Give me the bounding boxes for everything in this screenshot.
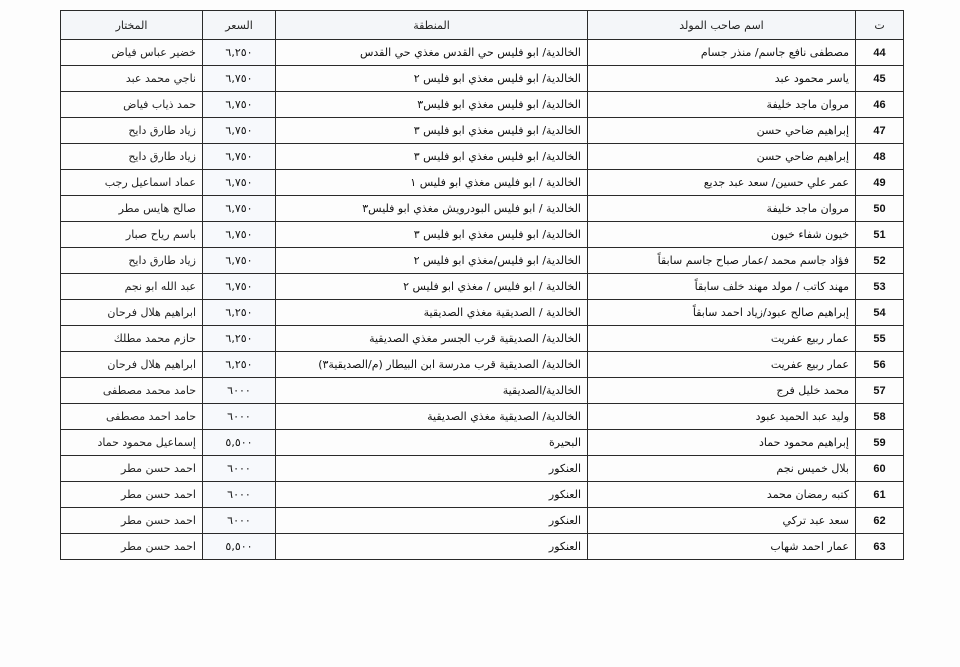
- owner-name-cell: وليد عبد الحميد عبود: [588, 404, 856, 430]
- row-number: 47: [856, 118, 904, 144]
- table-header-row: ت اسم صاحب المولد المنطقة السعر المختار: [61, 11, 904, 40]
- mukhtar-cell: احمد حسن مطر: [61, 456, 203, 482]
- area-cell: العنكور: [276, 456, 588, 482]
- price-cell: ٦,٢٥٠: [203, 300, 276, 326]
- owner-name-cell: إبراهيم ضاحي حسن: [588, 144, 856, 170]
- mukhtar-cell: زياد طارق دايح: [61, 118, 203, 144]
- mukhtar-cell: ابراهيم هلال فرحان: [61, 300, 203, 326]
- header-price: السعر: [203, 11, 276, 40]
- owner-name-cell: عمار ربيع عفريت: [588, 352, 856, 378]
- table-row: 46مروان ماجد خليفةالخالدية/ ابو فليس مغذ…: [61, 92, 904, 118]
- row-number: 63: [856, 534, 904, 560]
- price-cell: ٦,٧٥٠: [203, 248, 276, 274]
- row-number: 44: [856, 40, 904, 66]
- price-cell: ٦,٧٥٠: [203, 118, 276, 144]
- table-row: 54إبراهيم صالح عبود/زياد احمد سابقاًالخا…: [61, 300, 904, 326]
- table-row: 59إبراهيم محمود حمادالبحيرة٥,٥٠٠إسماعيل …: [61, 430, 904, 456]
- mukhtar-cell: باسم رياح صبار: [61, 222, 203, 248]
- owner-name-cell: خيون شفاء خيون: [588, 222, 856, 248]
- row-number: 56: [856, 352, 904, 378]
- price-cell: ٦٠٠٠: [203, 508, 276, 534]
- mukhtar-cell: حمد ذياب فياض: [61, 92, 203, 118]
- area-cell: العنكور: [276, 482, 588, 508]
- mukhtar-cell: احمد حسن مطر: [61, 534, 203, 560]
- price-cell: ٦,٧٥٠: [203, 92, 276, 118]
- area-cell: الخالدية/ ابو فليس مغذي ابو فليس٣: [276, 92, 588, 118]
- area-cell: الخالدية/ ابو فليس/مغذي ابو فليس ٢: [276, 248, 588, 274]
- table-row: 50مروان ماجد خليفةالخالدية / ابو فليس ال…: [61, 196, 904, 222]
- table-row: 48إبراهيم ضاحي حسنالخالدية/ ابو فليس مغذ…: [61, 144, 904, 170]
- row-number: 58: [856, 404, 904, 430]
- row-number: 55: [856, 326, 904, 352]
- area-cell: الخالدية / ابو فليس / مغذي ابو فليس ٢: [276, 274, 588, 300]
- mukhtar-cell: زياد طارق دايح: [61, 248, 203, 274]
- mukhtar-cell: زياد طارق دايح: [61, 144, 203, 170]
- mukhtar-cell: حامد محمد مصطفى: [61, 378, 203, 404]
- price-cell: ٦,٧٥٠: [203, 196, 276, 222]
- owner-name-cell: سعد عبد تركي: [588, 508, 856, 534]
- mukhtar-cell: حامد احمد مصطفى: [61, 404, 203, 430]
- price-cell: ٦,٧٥٠: [203, 144, 276, 170]
- mukhtar-cell: خضير عباس فياض: [61, 40, 203, 66]
- owner-name-cell: عمر علي حسين/ سعد عبد جديع: [588, 170, 856, 196]
- price-cell: ٦٠٠٠: [203, 456, 276, 482]
- row-number: 53: [856, 274, 904, 300]
- owner-name-cell: إبراهيم محمود حماد: [588, 430, 856, 456]
- owner-name-cell: فؤاد جاسم محمد /عمار صباح جاسم سابقاً: [588, 248, 856, 274]
- row-number: 52: [856, 248, 904, 274]
- mukhtar-cell: احمد حسن مطر: [61, 508, 203, 534]
- price-cell: ٦,٢٥٠: [203, 352, 276, 378]
- header-number: ت: [856, 11, 904, 40]
- area-cell: الخالدية/ الصديقية مغذي الصديقية: [276, 404, 588, 430]
- row-number: 51: [856, 222, 904, 248]
- owner-name-cell: إبراهيم ضاحي حسن: [588, 118, 856, 144]
- price-cell: ٦,٧٥٠: [203, 274, 276, 300]
- row-number: 60: [856, 456, 904, 482]
- generator-roster-table: ت اسم صاحب المولد المنطقة السعر المختار …: [60, 10, 904, 560]
- row-number: 54: [856, 300, 904, 326]
- owner-name-cell: مروان ماجد خليفة: [588, 92, 856, 118]
- owner-name-cell: محمد خليل فرج: [588, 378, 856, 404]
- mukhtar-cell: إسماعيل محمود حماد: [61, 430, 203, 456]
- owner-name-cell: مصطفى نافع جاسم/ منذر جسام: [588, 40, 856, 66]
- document-page: ت اسم صاحب المولد المنطقة السعر المختار …: [0, 0, 960, 667]
- area-cell: الخالدية/ ابو فليس مغذي ابو فليس ٣: [276, 144, 588, 170]
- table-row: 56عمار ربيع عفريتالخالدية/ الصديقية قرب …: [61, 352, 904, 378]
- row-number: 61: [856, 482, 904, 508]
- table-row: 60بلال خميس نجمالعنكور٦٠٠٠احمد حسن مطر: [61, 456, 904, 482]
- row-number: 57: [856, 378, 904, 404]
- area-cell: الخالدية / ابو فليس مغذي ابو فليس ١: [276, 170, 588, 196]
- price-cell: ٦,٧٥٠: [203, 222, 276, 248]
- table-row: 57محمد خليل فرجالخالدية/الصديقية٦٠٠٠حامد…: [61, 378, 904, 404]
- area-cell: البحيرة: [276, 430, 588, 456]
- area-cell: الخالدية/ ابو فليس مغذي ابو فليس ٣: [276, 222, 588, 248]
- owner-name-cell: كتبه رمضان محمد: [588, 482, 856, 508]
- header-owner-name: اسم صاحب المولد: [588, 11, 856, 40]
- price-cell: ٦,٧٥٠: [203, 66, 276, 92]
- row-number: 59: [856, 430, 904, 456]
- row-number: 46: [856, 92, 904, 118]
- area-cell: الخالدية/الصديقية: [276, 378, 588, 404]
- mukhtar-cell: ابراهيم هلال فرحان: [61, 352, 203, 378]
- table-row: 45ياسر محمود عبدالخالدية/ ابو فليس مغذي …: [61, 66, 904, 92]
- area-cell: الخالدية/ ابو فليس مغذي ابو فليس ٢: [276, 66, 588, 92]
- table-row: 53مهند كاتب / مولد مهند خلف سابقاًالخالد…: [61, 274, 904, 300]
- table-row: 47إبراهيم ضاحي حسنالخالدية/ ابو فليس مغذ…: [61, 118, 904, 144]
- header-mukhtar: المختار: [61, 11, 203, 40]
- mukhtar-cell: ناجي محمد عبد: [61, 66, 203, 92]
- row-number: 50: [856, 196, 904, 222]
- mukhtar-cell: حازم محمد مطلك: [61, 326, 203, 352]
- price-cell: ٦,٧٥٠: [203, 170, 276, 196]
- owner-name-cell: ياسر محمود عبد: [588, 66, 856, 92]
- price-cell: ٦٠٠٠: [203, 482, 276, 508]
- owner-name-cell: بلال خميس نجم: [588, 456, 856, 482]
- table-row: 58وليد عبد الحميد عبودالخالدية/ الصديقية…: [61, 404, 904, 430]
- table-row: 49عمر علي حسين/ سعد عبد جديعالخالدية / ا…: [61, 170, 904, 196]
- area-cell: الخالدية/ الصديقية قرب الجسر مغذي الصديق…: [276, 326, 588, 352]
- table-row: 44مصطفى نافع جاسم/ منذر جسامالخالدية/ اب…: [61, 40, 904, 66]
- price-cell: ٦,٢٥٠: [203, 40, 276, 66]
- area-cell: العنكور: [276, 534, 588, 560]
- owner-name-cell: مروان ماجد خليفة: [588, 196, 856, 222]
- price-cell: ٦٠٠٠: [203, 404, 276, 430]
- mukhtar-cell: عماد اسماعيل رجب: [61, 170, 203, 196]
- row-number: 48: [856, 144, 904, 170]
- table-row: 52فؤاد جاسم محمد /عمار صباح جاسم سابقاًا…: [61, 248, 904, 274]
- area-cell: الخالدية / الصديقية مغذي الصديقية: [276, 300, 588, 326]
- area-cell: الخالدية/ ابو فليس حي القدس مغذي حي القد…: [276, 40, 588, 66]
- table-row: 51خيون شفاء خيونالخالدية/ ابو فليس مغذي …: [61, 222, 904, 248]
- mukhtar-cell: احمد حسن مطر: [61, 482, 203, 508]
- owner-name-cell: عمار احمد شهاب: [588, 534, 856, 560]
- row-number: 62: [856, 508, 904, 534]
- table-row: 62سعد عبد تركيالعنكور٦٠٠٠احمد حسن مطر: [61, 508, 904, 534]
- owner-name-cell: مهند كاتب / مولد مهند خلف سابقاً: [588, 274, 856, 300]
- area-cell: الخالدية/ الصديقية قرب مدرسة ابن البيطار…: [276, 352, 588, 378]
- table-row: 61كتبه رمضان محمدالعنكور٦٠٠٠احمد حسن مطر: [61, 482, 904, 508]
- row-number: 45: [856, 66, 904, 92]
- owner-name-cell: عمار ربيع عفريت: [588, 326, 856, 352]
- table-row: 55عمار ربيع عفريتالخالدية/ الصديقية قرب …: [61, 326, 904, 352]
- row-number: 49: [856, 170, 904, 196]
- price-cell: ٦,٢٥٠: [203, 326, 276, 352]
- area-cell: الخالدية / ابو فليس البودرويش مغذي ابو ف…: [276, 196, 588, 222]
- owner-name-cell: إبراهيم صالح عبود/زياد احمد سابقاً: [588, 300, 856, 326]
- price-cell: ٥,٥٠٠: [203, 534, 276, 560]
- price-cell: ٦٠٠٠: [203, 378, 276, 404]
- mukhtar-cell: صالح هايس مطر: [61, 196, 203, 222]
- table-row: 63عمار احمد شهابالعنكور٥,٥٠٠احمد حسن مطر: [61, 534, 904, 560]
- area-cell: العنكور: [276, 508, 588, 534]
- header-area: المنطقة: [276, 11, 588, 40]
- table-body: 44مصطفى نافع جاسم/ منذر جسامالخالدية/ اب…: [61, 40, 904, 560]
- area-cell: الخالدية/ ابو فليس مغذي ابو فليس ٣: [276, 118, 588, 144]
- price-cell: ٥,٥٠٠: [203, 430, 276, 456]
- mukhtar-cell: عبد الله ابو نجم: [61, 274, 203, 300]
